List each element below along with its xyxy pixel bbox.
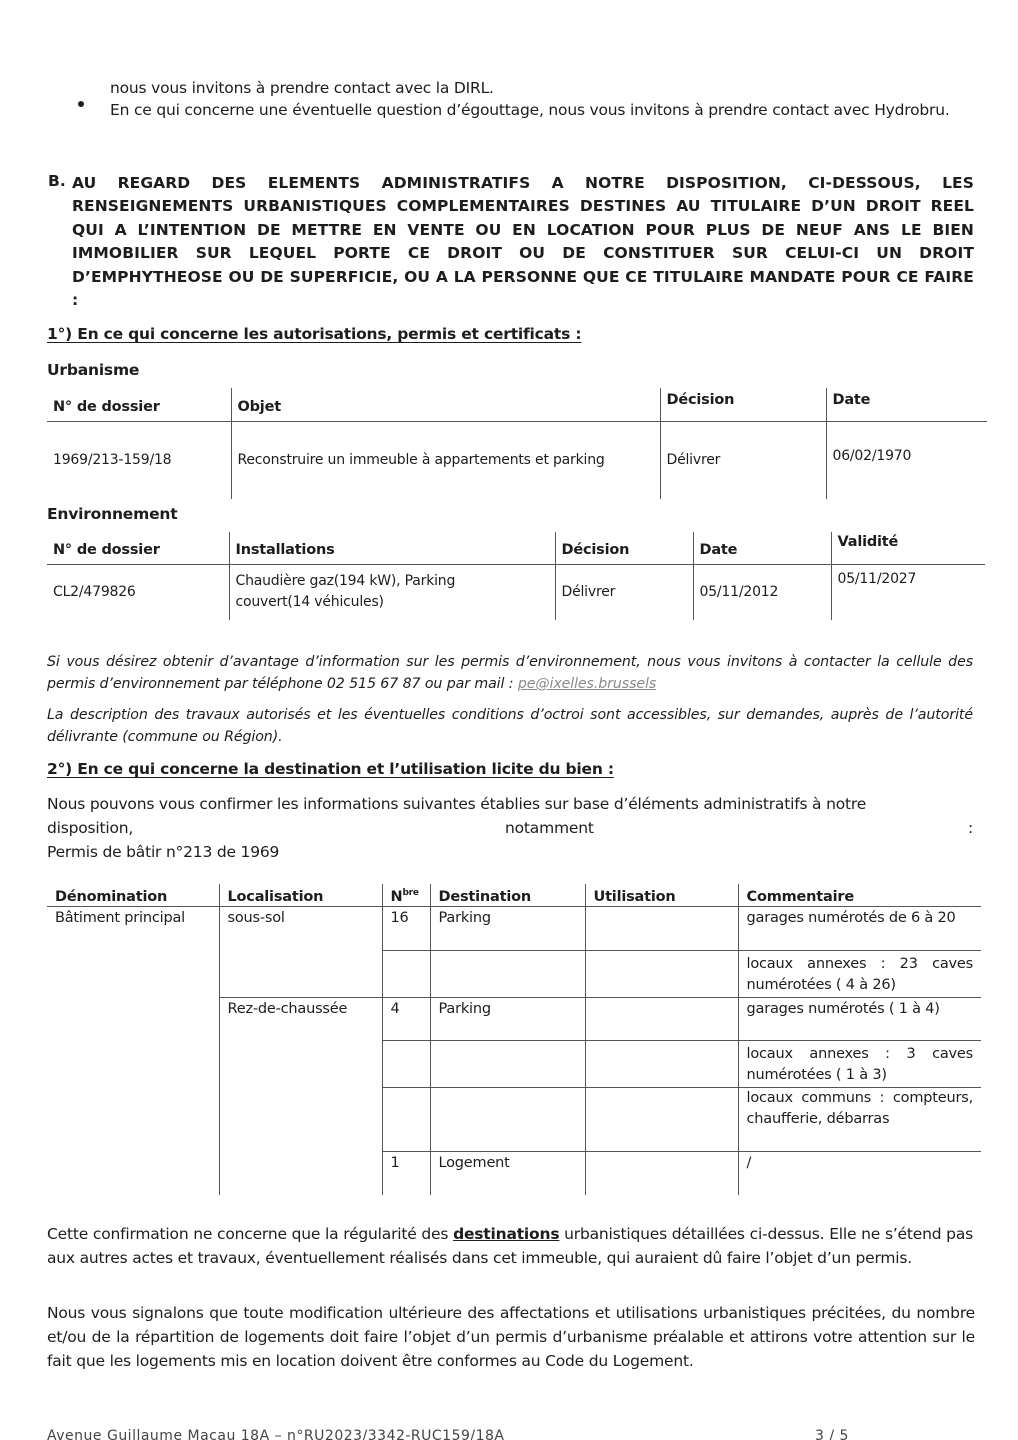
cell-validite: 05/11/2027	[831, 564, 985, 620]
cell-commentaire: /	[738, 1151, 981, 1195]
cell-localisation: sous-sol	[219, 906, 382, 997]
cell-dossier: 1969/213-159/18	[47, 421, 231, 499]
table-header-row: N° de dossier Objet Décision Date	[47, 388, 987, 421]
page-number: 3 / 5	[815, 1428, 849, 1440]
header-nombre: Nbre	[382, 884, 430, 906]
cell-utilisation	[585, 1151, 738, 1195]
header-date: Date	[693, 532, 831, 564]
cell-destination	[430, 1040, 585, 1087]
section-b-heading: AU REGARD DES ELEMENTS ADMINISTRATIFS A …	[72, 172, 974, 312]
header-decision: Décision	[660, 388, 826, 421]
confirmation-emphasis: destinations	[453, 1225, 559, 1243]
header-objet: Objet	[231, 388, 660, 421]
cell-denomination: Bâtiment principal	[47, 906, 219, 1195]
header-decision: Décision	[555, 532, 693, 564]
email-link[interactable]: pe@ixelles.brussels	[518, 676, 656, 692]
notice-paragraph: Nous vous signalons que toute modificati…	[47, 1301, 975, 1373]
table-row: Bâtiment principal sous-sol 16 Parking g…	[47, 906, 981, 950]
cell-decision: Délivrer	[555, 564, 693, 620]
environnement-title: Environnement	[47, 505, 177, 523]
env-info-note: Si vous désirez obtenir d’avantage d’inf…	[47, 651, 973, 695]
table-header-row: Dénomination Localisation Nbre Destinati…	[47, 884, 981, 906]
header-validite: Validité	[831, 532, 985, 564]
confirmation-paragraph: Cette confirmation ne concerne que la ré…	[47, 1222, 973, 1270]
cell-destination: Logement	[430, 1151, 585, 1195]
cell-date: 05/11/2012	[693, 564, 831, 620]
cell-date: 06/02/1970	[826, 421, 987, 499]
table-row: 1969/213-159/18 Reconstruire un immeuble…	[47, 421, 987, 499]
document-page: nous vous invitons à prendre contact ave…	[0, 0, 1018, 1440]
header-date: Date	[826, 388, 987, 421]
cell-nombre	[382, 1087, 430, 1151]
cell-objet: Reconstruire un immeuble à appartements …	[231, 421, 660, 499]
cell-utilisation	[585, 997, 738, 1040]
cell-commentaire: locaux annexes : 23 caves numérotées ( 4…	[738, 950, 981, 997]
cell-nombre	[382, 950, 430, 997]
header-nombre-base: N	[391, 889, 403, 905]
section-b-letter: B.	[48, 172, 66, 190]
section-2-heading: 2°) En ce qui concerne la destination et…	[47, 760, 614, 778]
header-installations: Installations	[229, 532, 555, 564]
confirmation-text: Cette confirmation ne concerne que la ré…	[47, 1225, 453, 1243]
cell-installations: Chaudière gaz(194 kW), Parking couvert(1…	[229, 564, 555, 620]
cell-utilisation	[585, 906, 738, 950]
destination-table: Dénomination Localisation Nbre Destinati…	[47, 884, 981, 1195]
works-description-note: La description des travaux autorisés et …	[47, 704, 973, 748]
cell-commentaire: garages numérotés ( 1 à 4)	[738, 997, 981, 1040]
urbanisme-title: Urbanisme	[47, 361, 139, 379]
cell-nombre	[382, 1040, 430, 1087]
header-nombre-sup: bre	[402, 888, 418, 898]
cell-destination	[430, 1087, 585, 1151]
cell-nombre: 4	[382, 997, 430, 1040]
header-commentaire: Commentaire	[738, 884, 981, 906]
cell-commentaire: garages numérotés de 6 à 20	[738, 906, 981, 950]
header-destination: Destination	[430, 884, 585, 906]
intro-disposition: disposition,	[47, 816, 133, 840]
table-header-row: N° de dossier Installations Décision Dat…	[47, 532, 985, 564]
env-info-text: Si vous désirez obtenir d’avantage d’inf…	[47, 654, 973, 692]
cell-utilisation	[585, 950, 738, 997]
list-item-egouttage: En ce qui concerne une éventuelle questi…	[110, 99, 980, 122]
list-continuation: nous vous invitons à prendre contact ave…	[110, 77, 494, 100]
cell-utilisation	[585, 1040, 738, 1087]
cell-decision: Délivrer	[660, 421, 826, 499]
permit-reference: Permis de bâtir n°213 de 1969	[47, 840, 279, 864]
section-1-heading: 1°) En ce qui concerne les autorisations…	[47, 325, 581, 343]
environnement-table: N° de dossier Installations Décision Dat…	[47, 532, 985, 620]
urbanisme-table: N° de dossier Objet Décision Date 1969/2…	[47, 388, 987, 499]
cell-nombre: 1	[382, 1151, 430, 1195]
intro-line: Nous pouvons vous confirmer les informat…	[47, 792, 866, 816]
header-localisation: Localisation	[219, 884, 382, 906]
cell-destination	[430, 950, 585, 997]
bullet-icon	[78, 101, 84, 107]
cell-commentaire: locaux annexes : 3 caves numérotées ( 1 …	[738, 1040, 981, 1087]
intro-notamment: notamment	[505, 816, 594, 840]
cell-destination: Parking	[430, 997, 585, 1040]
header-dossier: N° de dossier	[47, 388, 231, 421]
table-row: CL2/479826 Chaudière gaz(194 kW), Parkin…	[47, 564, 985, 620]
cell-localisation: Rez-de-chaussée	[219, 997, 382, 1195]
cell-destination: Parking	[430, 906, 585, 950]
footer-reference: Avenue Guillaume Macau 18A – n°RU2023/33…	[47, 1428, 505, 1440]
cell-dossier: CL2/479826	[47, 564, 229, 620]
intro-colon: :	[968, 816, 973, 840]
cell-nombre: 16	[382, 906, 430, 950]
header-denomination: Dénomination	[47, 884, 219, 906]
header-utilisation: Utilisation	[585, 884, 738, 906]
cell-commentaire: locaux communs : compteurs, chaufferie, …	[738, 1087, 981, 1151]
cell-utilisation	[585, 1087, 738, 1151]
header-dossier: N° de dossier	[47, 532, 229, 564]
